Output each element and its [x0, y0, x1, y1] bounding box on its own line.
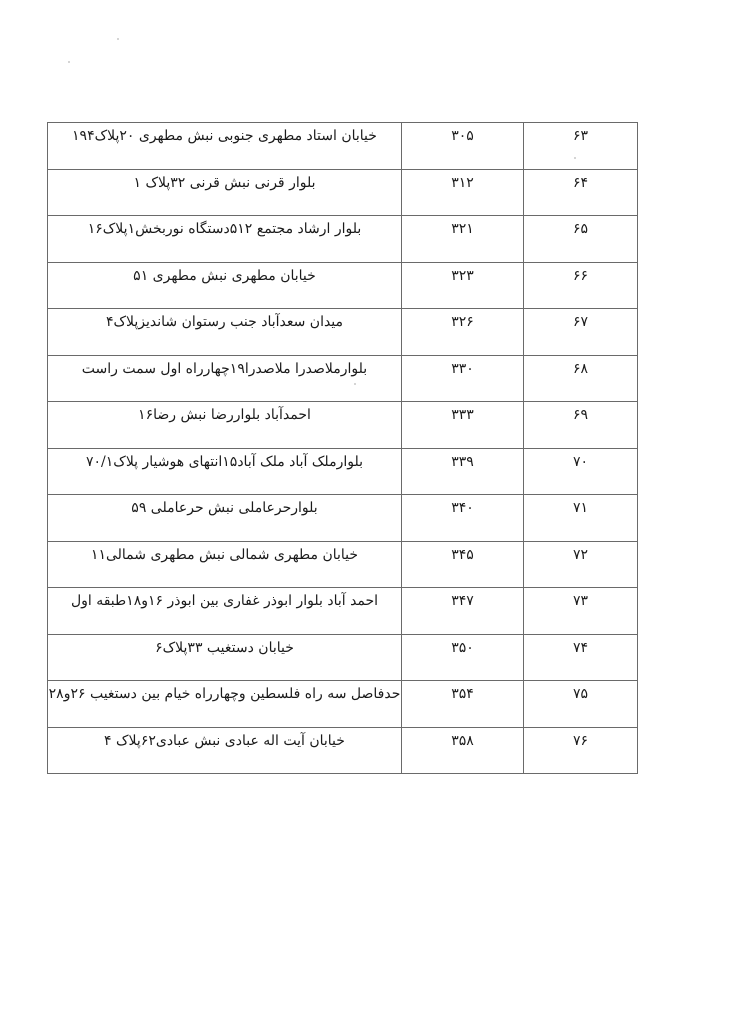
address-text: میدان سعدآباد جنب رستوان شاندیزپلاک۴	[48, 309, 401, 331]
row-number-cell: ۶۸	[524, 355, 638, 402]
address-cell: بلوارحرعاملی نبش حرعاملی ۵۹	[48, 495, 402, 542]
code-value: ۳۵۴	[402, 681, 523, 703]
address-text: خیابان مطهری نبش مطهری ۵۱	[48, 263, 401, 285]
code-cell: ۳۴۵	[402, 541, 524, 588]
table-row: ۷۱ ۳۴۰ بلوارحرعاملی نبش حرعاملی ۵۹	[48, 495, 638, 542]
code-cell: ۳۲۳	[402, 262, 524, 309]
address-text: خیابان مطهری شمالی نبش مطهری شمالی۱۱	[48, 542, 401, 564]
table-row: ۷۵ ۳۵۴ حدفاصل سه راه فلسطین وچهارراه خیا…	[48, 681, 638, 728]
code-value: ۳۲۶	[402, 309, 523, 331]
address-cell: خیابان مطهری شمالی نبش مطهری شمالی۱۱	[48, 541, 402, 588]
code-cell: ۳۵۰	[402, 634, 524, 681]
row-number-cell: ۶۵	[524, 216, 638, 263]
table-row: ۷۲ ۳۴۵ خیابان مطهری شمالی نبش مطهری شمال…	[48, 541, 638, 588]
address-text: خیابان استاد مطهری جنوبی نبش مطهری ۲۰پلا…	[48, 123, 401, 145]
table-row: ۶۹ ۳۳۳ احمدآباد بلواررضا نبش رضا۱۶	[48, 402, 638, 449]
row-number: ۷۵	[524, 681, 637, 703]
row-number: ۶۵	[524, 216, 637, 238]
code-cell: ۳۱۲	[402, 169, 524, 216]
address-text: احمد آباد بلوار ابوذر غفاری بین ابوذر ۱۶…	[48, 588, 401, 610]
code-value: ۳۴۵	[402, 542, 523, 564]
row-number: ۶۴	[524, 170, 637, 192]
row-number-cell: ۷۳	[524, 588, 638, 635]
table-row: ۷۰ ۳۳۹ بلوارملک آباد ملک آباد۱۵انتهای هو…	[48, 448, 638, 495]
table-row: ۷۴ ۳۵۰ خیابان دستغیب ۳۳پلاک۶	[48, 634, 638, 681]
code-cell: ۳۳۰	[402, 355, 524, 402]
code-cell: ۳۲۱	[402, 216, 524, 263]
address-cell: خیابان دستغیب ۳۳پلاک۶	[48, 634, 402, 681]
code-value: ۳۰۵	[402, 123, 523, 145]
address-text: بلوار ارشاد مجتمع ۵۱۲دستگاه نوربخش۱پلاک۱…	[48, 216, 401, 238]
scan-speck	[117, 38, 119, 40]
table-row: ۶۶ ۳۲۳ خیابان مطهری نبش مطهری ۵۱	[48, 262, 638, 309]
table-row: ۷۶ ۳۵۸ خیابان آیت اله عبادی نبش عبادی۶۲پ…	[48, 727, 638, 774]
address-cell: خیابان مطهری نبش مطهری ۵۱	[48, 262, 402, 309]
row-number: ۶۷	[524, 309, 637, 331]
row-number: ۷۰	[524, 449, 637, 471]
row-number-cell: ۶۴	[524, 169, 638, 216]
row-number: ۷۱	[524, 495, 637, 517]
row-number: ۶۸	[524, 356, 637, 378]
code-cell: ۳۲۶	[402, 309, 524, 356]
address-cell: بلوارملاصدرا ملاصدرا۱۹چهارراه اول سمت را…	[48, 355, 402, 402]
address-cell: احمد آباد بلوار ابوذر غفاری بین ابوذر ۱۶…	[48, 588, 402, 635]
row-number-cell: ۶۶	[524, 262, 638, 309]
address-cell: احمدآباد بلواررضا نبش رضا۱۶	[48, 402, 402, 449]
code-cell: ۳۳۹	[402, 448, 524, 495]
address-text: بلوار قرنی نبش قرنی ۳۲پلاک ۱	[48, 170, 401, 192]
address-cell: خیابان استاد مطهری جنوبی نبش مطهری ۲۰پلا…	[48, 123, 402, 170]
address-text: بلوارحرعاملی نبش حرعاملی ۵۹	[48, 495, 401, 517]
scanned-document-page: ۶۳ ۳۰۵ خیابان استاد مطهری جنوبی نبش مطهر…	[0, 0, 745, 1024]
address-text: خیابان دستغیب ۳۳پلاک۶	[48, 635, 401, 657]
address-text: احمدآباد بلواررضا نبش رضا۱۶	[48, 402, 401, 424]
row-number: ۶۹	[524, 402, 637, 424]
row-number-cell: ۷۰	[524, 448, 638, 495]
code-value: ۳۴۰	[402, 495, 523, 517]
address-cell: میدان سعدآباد جنب رستوان شاندیزپلاک۴	[48, 309, 402, 356]
code-value: ۳۴۷	[402, 588, 523, 610]
code-value: ۳۳۳	[402, 402, 523, 424]
code-value: ۳۵۰	[402, 635, 523, 657]
address-text: خیابان آیت اله عبادی نبش عبادی۶۲پلاک ۴	[48, 728, 401, 750]
address-text: حدفاصل سه راه فلسطین وچهارراه خیام بین د…	[48, 681, 401, 703]
table-row: ۷۳ ۳۴۷ احمد آباد بلوار ابوذر غفاری بین ا…	[48, 588, 638, 635]
table-row: ۶۳ ۳۰۵ خیابان استاد مطهری جنوبی نبش مطهر…	[48, 123, 638, 170]
code-value: ۳۵۸	[402, 728, 523, 750]
code-cell: ۳۳۳	[402, 402, 524, 449]
code-value: ۳۲۱	[402, 216, 523, 238]
row-number: ۷۴	[524, 635, 637, 657]
code-cell: ۳۴۷	[402, 588, 524, 635]
row-number: ۶۶	[524, 263, 637, 285]
row-number-cell: ۷۴	[524, 634, 638, 681]
table-row: ۶۴ ۳۱۲ بلوار قرنی نبش قرنی ۳۲پلاک ۱	[48, 169, 638, 216]
row-number-cell: ۶۹	[524, 402, 638, 449]
address-cell: خیابان آیت اله عبادی نبش عبادی۶۲پلاک ۴	[48, 727, 402, 774]
row-number-cell: ۷۶	[524, 727, 638, 774]
table-row: ۶۵ ۳۲۱ بلوار ارشاد مجتمع ۵۱۲دستگاه نوربخ…	[48, 216, 638, 263]
table-row: ۶۷ ۳۲۶ میدان سعدآباد جنب رستوان شاندیزپل…	[48, 309, 638, 356]
code-value: ۳۱۲	[402, 170, 523, 192]
code-cell: ۳۵۸	[402, 727, 524, 774]
code-value: ۳۳۹	[402, 449, 523, 471]
address-table: ۶۳ ۳۰۵ خیابان استاد مطهری جنوبی نبش مطهر…	[47, 122, 638, 774]
row-number-cell: ۷۱	[524, 495, 638, 542]
address-text: بلوارملک آباد ملک آباد۱۵انتهای هوشیار پل…	[48, 449, 401, 471]
row-number-cell: ۷۵	[524, 681, 638, 728]
row-number: ۷۳	[524, 588, 637, 610]
row-number: ۷۲	[524, 542, 637, 564]
code-value: ۳۳۰	[402, 356, 523, 378]
table-row: ۶۸ ۳۳۰ بلوارملاصدرا ملاصدرا۱۹چهارراه اول…	[48, 355, 638, 402]
code-cell: ۳۰۵	[402, 123, 524, 170]
address-cell: بلوارملک آباد ملک آباد۱۵انتهای هوشیار پل…	[48, 448, 402, 495]
row-number-cell: ۶۷	[524, 309, 638, 356]
address-cell: حدفاصل سه راه فلسطین وچهارراه خیام بین د…	[48, 681, 402, 728]
row-number-cell: ۶۳	[524, 123, 638, 170]
code-cell: ۳۴۰	[402, 495, 524, 542]
address-text: بلوارملاصدرا ملاصدرا۱۹چهارراه اول سمت را…	[48, 356, 401, 378]
row-number-cell: ۷۲	[524, 541, 638, 588]
address-table-body: ۶۳ ۳۰۵ خیابان استاد مطهری جنوبی نبش مطهر…	[48, 123, 638, 774]
code-value: ۳۲۳	[402, 263, 523, 285]
address-cell: بلوار ارشاد مجتمع ۵۱۲دستگاه نوربخش۱پلاک۱…	[48, 216, 402, 263]
address-cell: بلوار قرنی نبش قرنی ۳۲پلاک ۱	[48, 169, 402, 216]
row-number: ۶۳	[524, 123, 637, 145]
scan-speck	[68, 61, 70, 63]
row-number: ۷۶	[524, 728, 637, 750]
code-cell: ۳۵۴	[402, 681, 524, 728]
